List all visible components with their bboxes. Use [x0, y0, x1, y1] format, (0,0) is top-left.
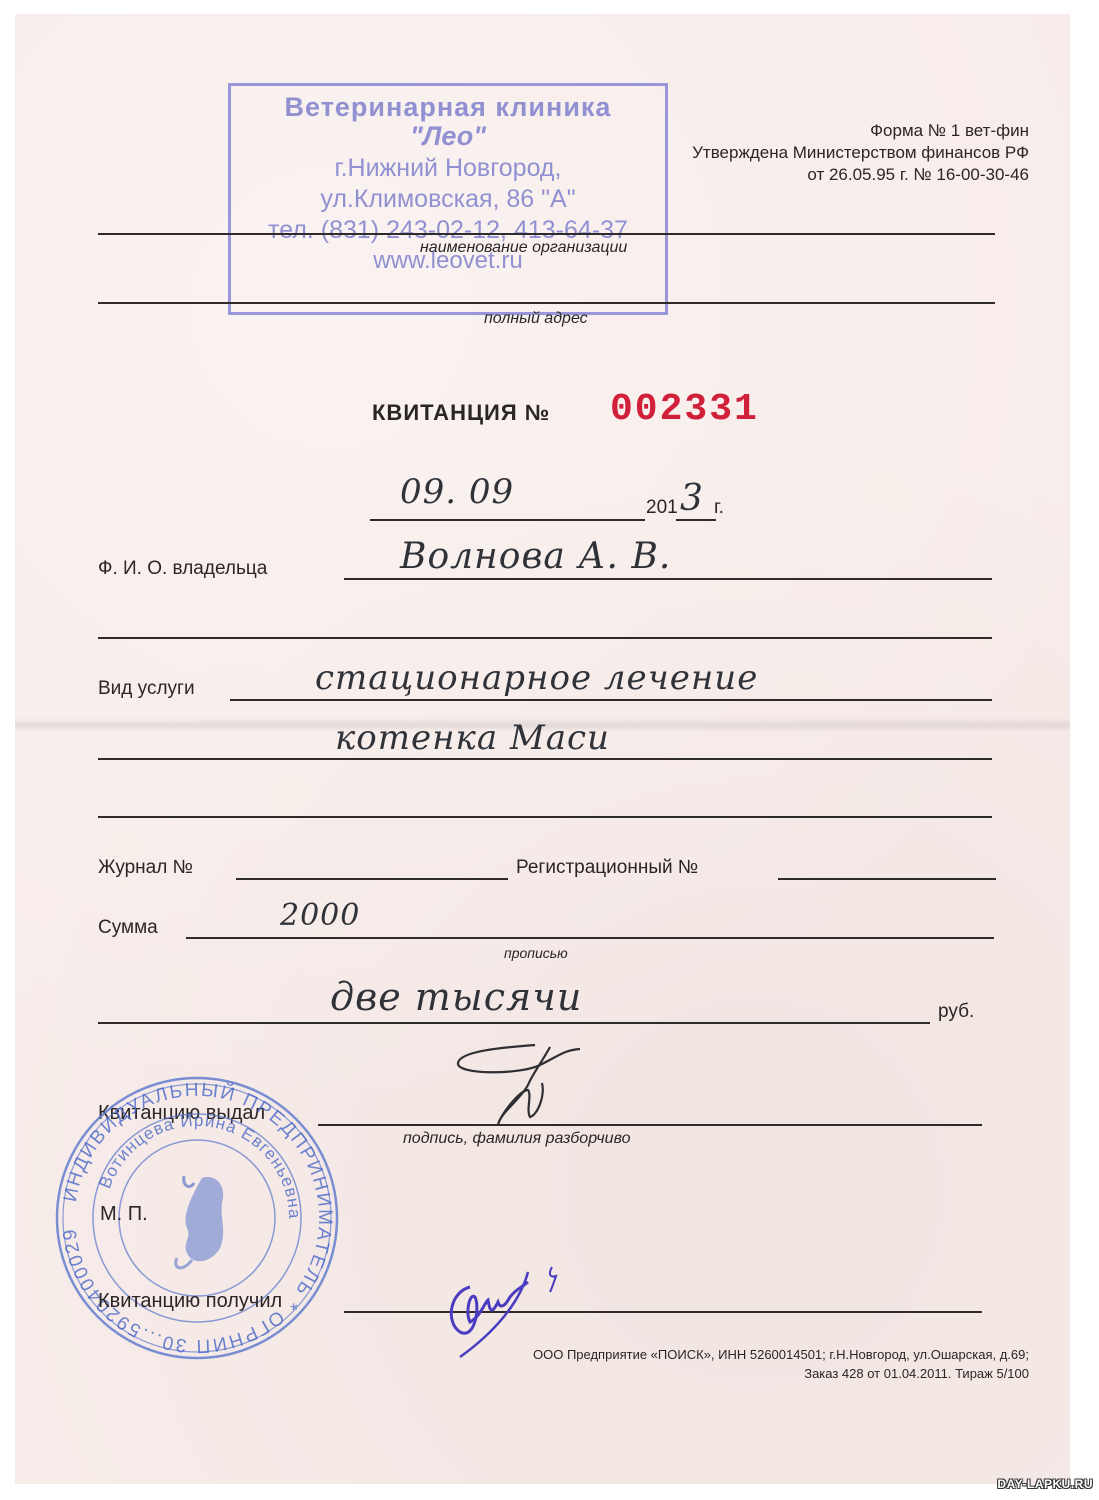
service-line — [230, 699, 992, 701]
stamp-city: г.Нижний Новгород, — [231, 154, 665, 183]
currency-label: руб. — [938, 1001, 974, 1023]
organization-stamp: Ветеринарная клиника "Лео" г.Нижний Новг… — [228, 83, 668, 315]
issued-signature-line[interactable] — [318, 1124, 982, 1126]
service-line-2 — [98, 758, 992, 760]
org-name-line — [98, 233, 995, 235]
registration-line[interactable] — [778, 878, 996, 880]
stamp-clinic-name: "Лео" — [231, 121, 665, 152]
form-decree: от 26.05.95 г. № 16-00-30-46 — [692, 164, 1029, 186]
journal-line[interactable] — [236, 878, 508, 880]
receipt-title: КВИТАНЦИЯ № — [372, 400, 550, 426]
site-watermark: DAY-LAPKU.RU — [997, 1477, 1093, 1491]
signature-caption: подпись, фамилия разборчиво — [403, 1130, 630, 1148]
journal-label: Журнал № — [98, 857, 193, 879]
received-label: Квитанцию получил — [98, 1290, 282, 1313]
issuer-signature — [440, 1035, 600, 1135]
form-header: Форма № 1 вет-фин Утверждена Министерств… — [692, 120, 1029, 186]
printer-info: ООО Предприятие «ПОИСК», ИНН 5260014501;… — [533, 1345, 1029, 1364]
year-printed: 201 — [646, 497, 678, 519]
sum-words-line — [98, 1022, 930, 1024]
owner-line — [344, 578, 992, 580]
printer-footer: ООО Предприятие «ПОИСК», ИНН 5260014501;… — [533, 1345, 1029, 1383]
print-order: Заказ 428 от 01.04.2011. Тираж 5/100 — [533, 1364, 1029, 1383]
date-line — [370, 519, 645, 521]
org-name-caption: наименование организации — [420, 239, 627, 257]
service-value-line2[interactable]: котенка Маси — [335, 718, 610, 758]
service-label: Вид услуги — [98, 678, 195, 700]
sum-words-value[interactable]: две тысячи — [330, 975, 582, 1019]
form-number: Форма № 1 вет-фин — [692, 120, 1029, 142]
year-handwritten: 3 — [680, 478, 704, 519]
receipt-number: 002331 — [610, 388, 759, 431]
sum-label: Сумма — [98, 917, 158, 939]
stamp-clinic-type: Ветеринарная клиника — [231, 92, 665, 123]
sum-line — [186, 937, 994, 939]
year-line — [676, 519, 716, 521]
address-line — [98, 302, 995, 304]
owner-extra-line — [98, 637, 992, 639]
service-value-line1[interactable]: стационарное лечение — [315, 658, 758, 698]
address-caption: полный адрес — [484, 310, 588, 328]
stamp-street: ул.Климовская, 86 "А" — [231, 185, 665, 214]
service-line-3 — [98, 816, 992, 818]
stamp-place-label: М. П. — [100, 1203, 148, 1226]
owner-label: Ф. И. О. владельца — [98, 558, 267, 580]
in-words-caption: прописью — [504, 945, 568, 961]
date-value: 09. 09 — [400, 472, 514, 512]
form-approval: Утверждена Министерством финансов РФ — [692, 142, 1029, 164]
year-suffix: г. — [714, 497, 724, 519]
owner-value[interactable]: Волнова А. В. — [400, 536, 671, 577]
registration-label: Регистрационный № — [516, 857, 698, 879]
sum-value[interactable]: 2000 — [280, 898, 360, 933]
round-stamp: ИНДИВИДУАЛЬНЫЙ ПРЕДПРИНИМАТЕЛЬ * ОГРНИП … — [52, 1068, 342, 1368]
